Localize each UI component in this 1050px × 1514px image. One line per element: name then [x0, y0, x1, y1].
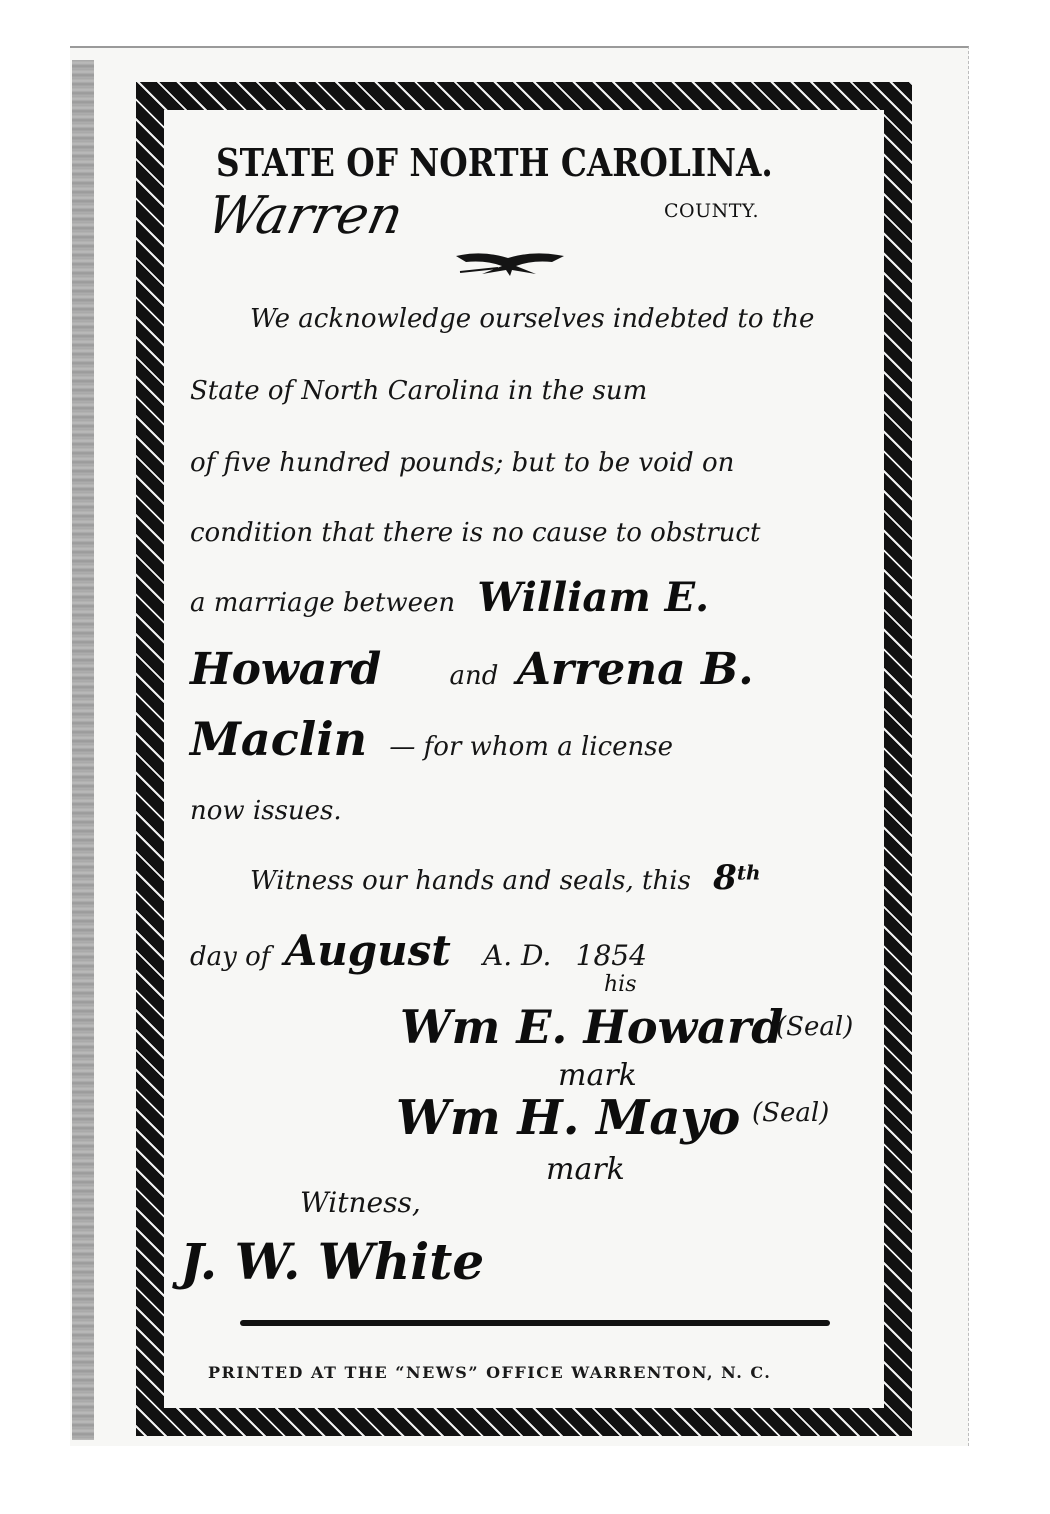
body-line-8: now issues.: [190, 796, 342, 826]
license-text: — for whom a license: [389, 732, 673, 762]
body-line-1: We acknowledge ourselves indebted to the: [250, 304, 814, 334]
signature-1-mark: mark: [558, 1058, 637, 1093]
signature-1-his: his: [604, 972, 637, 997]
day-suffix: th: [737, 860, 761, 884]
bride-last-name: Maclin: [190, 712, 367, 766]
year-text: 1854: [576, 939, 647, 972]
body-line-7: Maclin — for whom a license: [190, 712, 673, 766]
day-of-text: day of: [190, 942, 270, 972]
county-label: COUNTY.: [664, 200, 759, 222]
body-line-6: Howard and Arrena B.: [190, 644, 754, 695]
marriage-between-text: a marriage between: [190, 588, 455, 618]
witness-hands-line: Witness our hands and seals, this 8th: [250, 858, 761, 898]
bride-first-name: Arrena B.: [517, 644, 754, 695]
body-line-3: of five hundred pounds; but to be void o…: [190, 448, 734, 478]
era-text: A. D.: [483, 939, 551, 972]
signature-rule: [240, 1320, 830, 1326]
groom-first-name: William E.: [477, 574, 709, 621]
binding-spine: [72, 60, 94, 1440]
witness-signature: J. W. White: [180, 1232, 484, 1291]
groom-last-name: Howard: [190, 644, 381, 695]
body-line-5: a marriage between William E.: [190, 574, 709, 621]
document-title: STATE OF NORTH CAROLINA.: [216, 140, 766, 185]
signature-2-name: Wm H. Mayo: [396, 1090, 740, 1146]
day-number: 8: [713, 858, 737, 898]
eagle-ornament-icon: [452, 248, 568, 278]
signature-2-mark: mark: [546, 1152, 625, 1187]
body-line-4: condition that there is no cause to obst…: [190, 518, 760, 548]
signature-1-name: Wm E. Howard: [400, 1000, 783, 1054]
printer-imprint: PRINTED AT THE “NEWS” OFFICE WARRENTON, …: [208, 1363, 771, 1382]
month-name: August: [285, 926, 451, 975]
signature-2-seal: (Seal): [752, 1098, 829, 1128]
witness-hands-text: Witness our hands and seals, this: [250, 866, 691, 896]
signature-1-seal: (Seal): [776, 1012, 853, 1042]
county-handwritten: Warren: [202, 186, 409, 246]
and-text: and: [450, 661, 499, 691]
body-line-2: State of North Carolina in the sum: [190, 376, 647, 406]
date-line: day of August A. D. 1854: [190, 926, 647, 975]
witness-label: Witness,: [300, 1186, 421, 1219]
